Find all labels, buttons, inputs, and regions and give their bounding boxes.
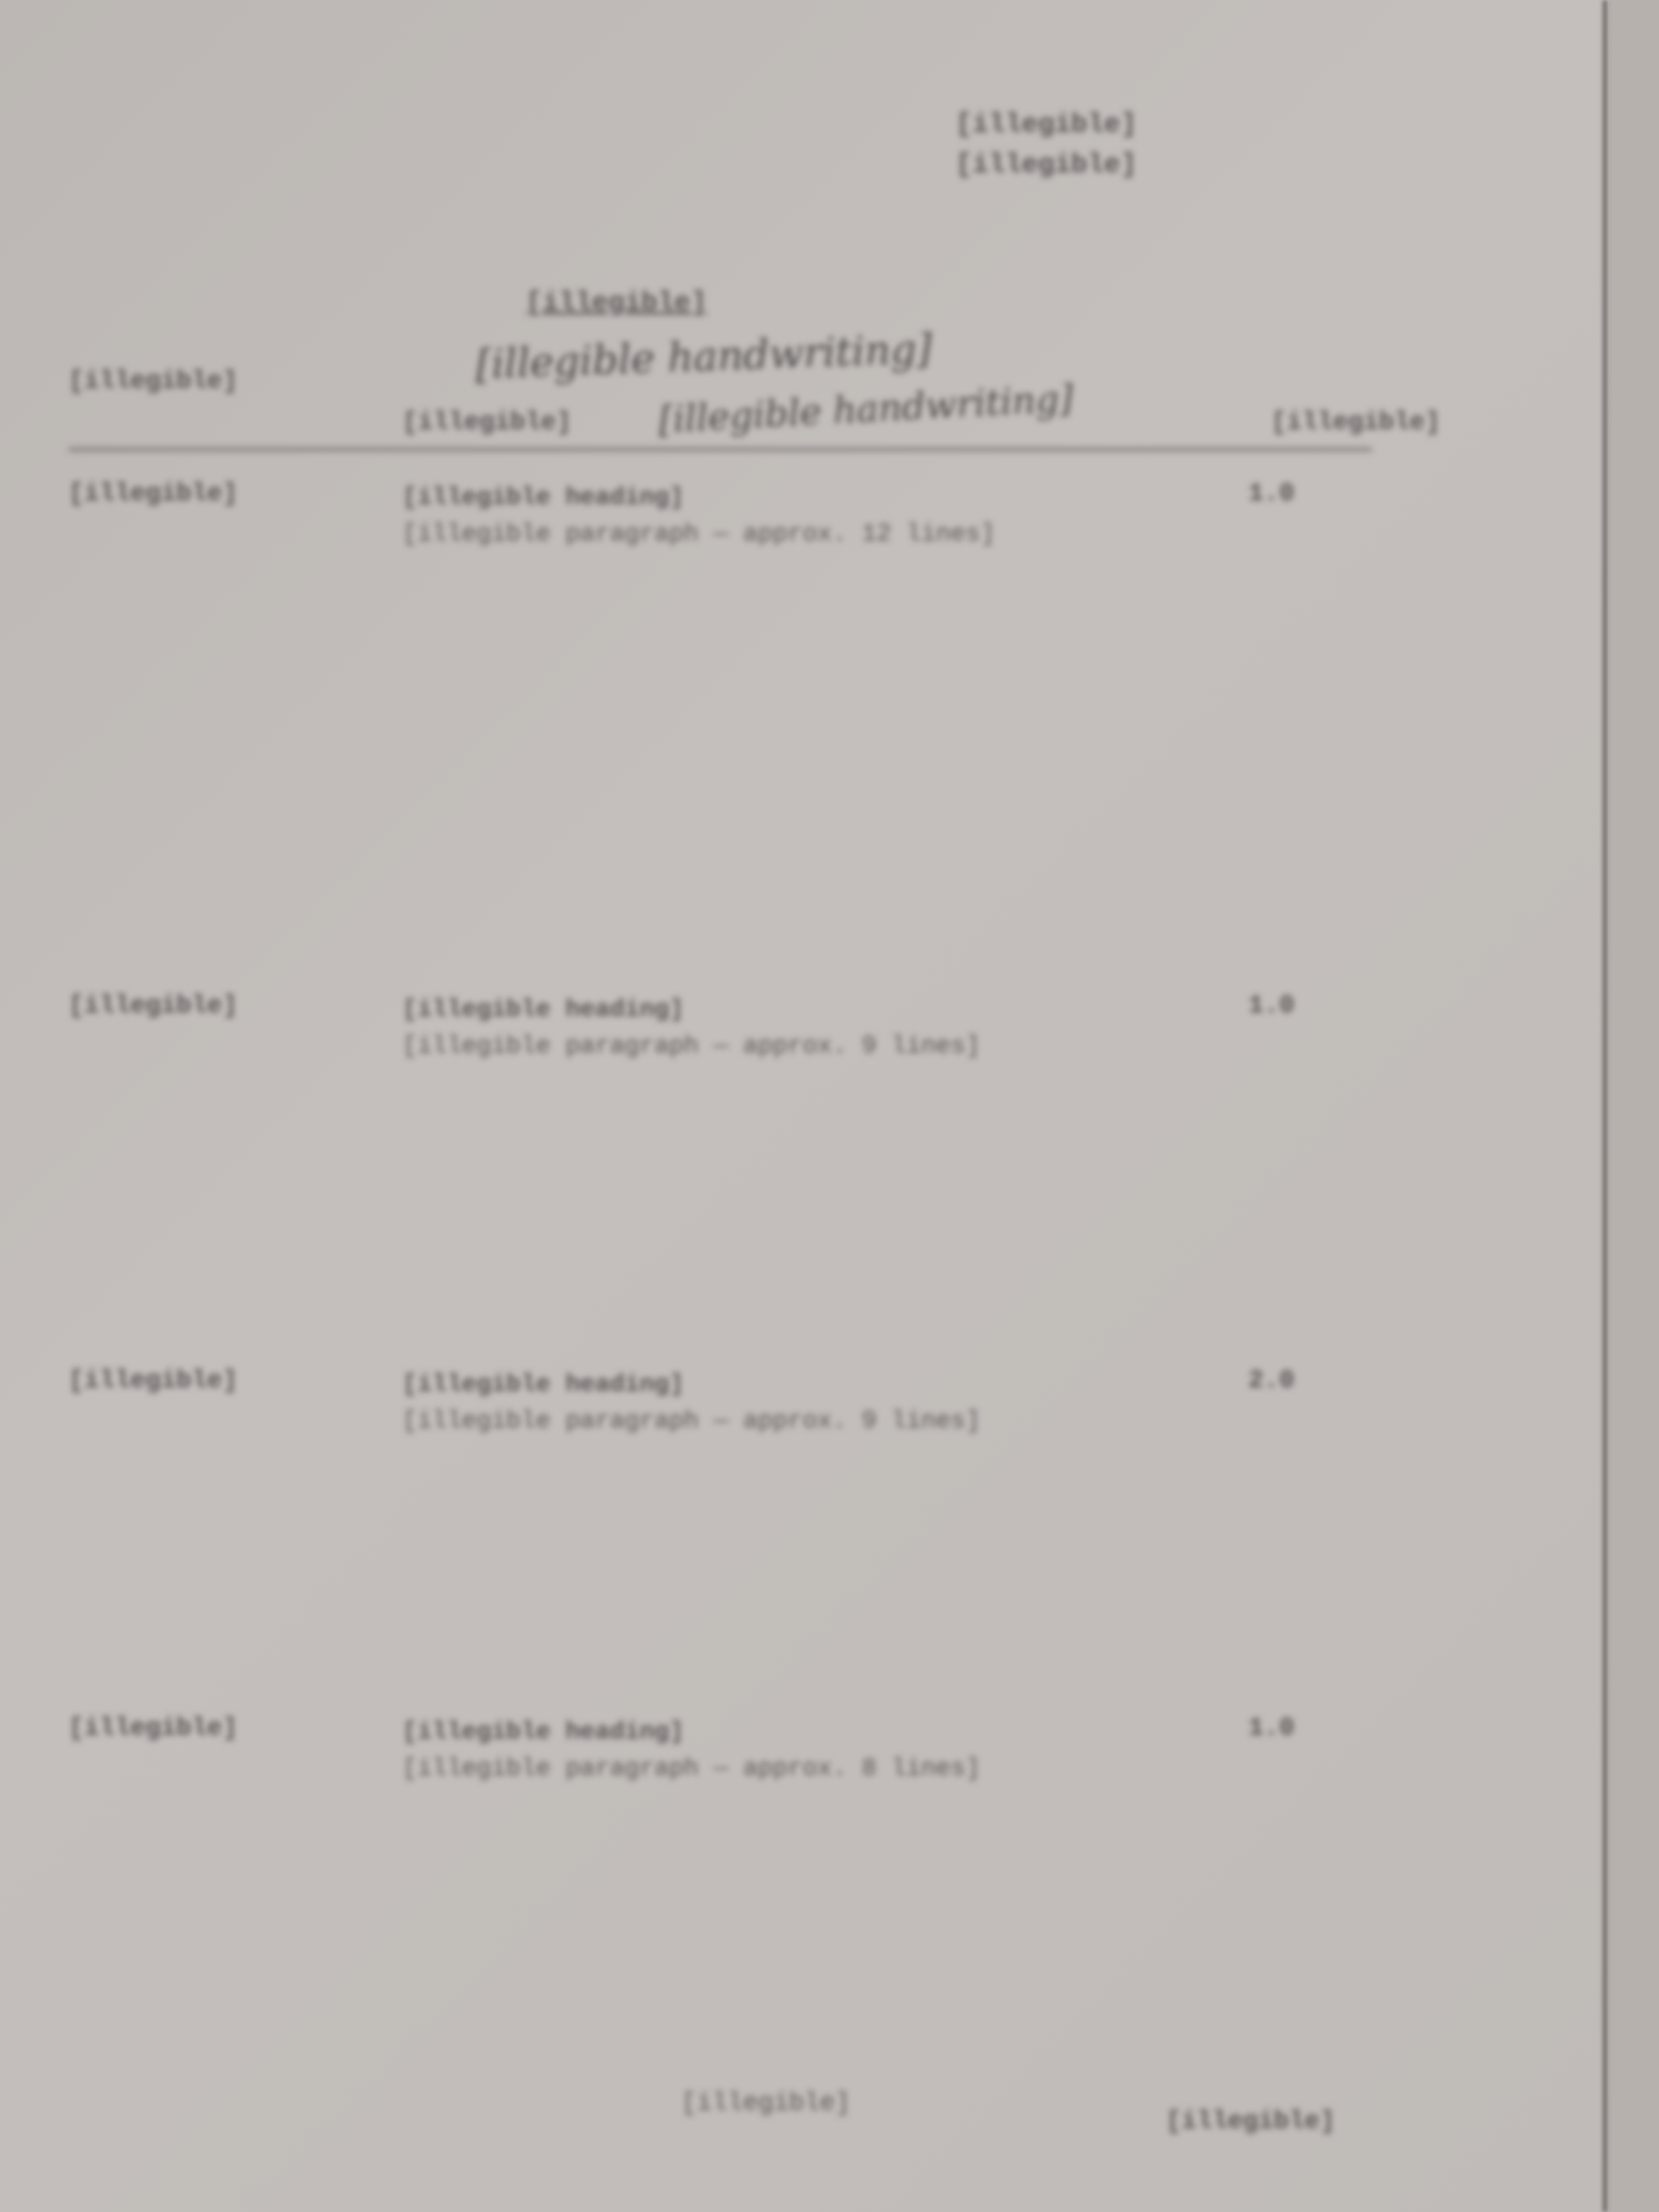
entry-heading: [illegible heading]	[402, 1715, 1207, 1751]
entry-number: [illegible]	[69, 1715, 238, 1743]
entry-body: [illegible paragraph — approx. 9 lines]	[402, 1408, 980, 1436]
entry-heading: [illegible heading]	[402, 480, 1207, 517]
entry-body: [illegible paragraph — approx. 8 lines]	[402, 1756, 980, 1783]
column-header-syllabus-number: [illegible]	[69, 366, 238, 399]
entry-heading: [illegible heading]	[402, 1367, 1207, 1404]
entry-description: [illegible heading] [illegible paragraph…	[402, 992, 1207, 1065]
stamp-line-1: [illegible]	[956, 105, 1137, 145]
entry-number: [illegible]	[69, 1367, 238, 1395]
entry-body: [illegible paragraph — approx. 9 lines]	[402, 1033, 980, 1061]
stamp-line-2: [illegible]	[956, 145, 1137, 186]
entry-description: [illegible heading] [illegible paragraph…	[402, 480, 1207, 553]
entry-heading: [illegible heading]	[402, 992, 1207, 1029]
entry-hours: 2.0	[1248, 1367, 1294, 1395]
entry-description: [illegible heading] [illegible paragraph…	[402, 1715, 1207, 1788]
entry-number: [illegible]	[69, 480, 238, 508]
entry-number: [illegible]	[69, 992, 238, 1021]
header-stamp: [illegible] [illegible]	[956, 105, 1137, 186]
entry-description: [illegible heading] [illegible paragraph…	[402, 1367, 1207, 1440]
header-rule	[69, 448, 1372, 451]
entry-body: [illegible paragraph — approx. 12 lines]	[402, 521, 995, 549]
page-number: [illegible]	[681, 2089, 851, 2118]
entry-hours: 1.0	[1248, 1715, 1294, 1743]
column-header-hours: [illegible]	[1271, 407, 1440, 440]
entry-hours: 1.0	[1248, 992, 1294, 1021]
entry-hours: 1.0	[1248, 480, 1294, 508]
page-title: [illegible]	[526, 288, 707, 319]
binder-edge	[1602, 0, 1608, 2212]
handwritten-note-line-2: [illegible handwriting]	[658, 378, 1075, 442]
footer-date: [illegible]	[1166, 2108, 1335, 2136]
column-header-description: [illegible]	[402, 407, 572, 440]
handwritten-note-line-1: [illegible handwriting]	[475, 326, 933, 388]
document-page: [illegible] [illegible] [illegible] [ill…	[0, 0, 1610, 2212]
